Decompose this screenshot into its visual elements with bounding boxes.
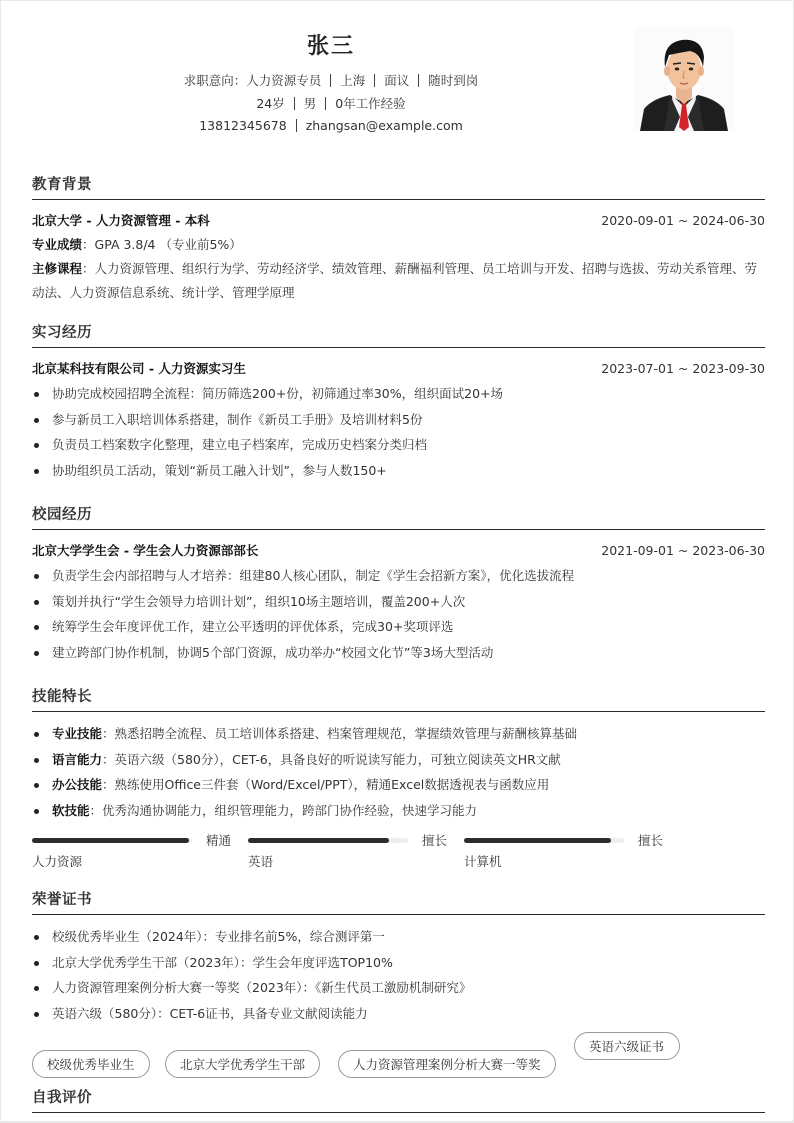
skill-bar-track (464, 838, 624, 843)
skill-bar-track (32, 838, 192, 843)
list-item: 办公技能：熟练使用Office三件套（Word/Excel/PPT），精通Exc… (32, 772, 765, 798)
skill-level: 擅长 (422, 831, 447, 849)
candidate-name: 张三 (1, 29, 661, 60)
education-entry-title: 北京大学 - 人力资源管理 - 本科 (32, 209, 210, 233)
skill-name: 人力资源 (32, 852, 82, 870)
skills-bullets: 专业技能：熟悉招聘全流程、员工培训体系搭建、档案管理规范，掌握绩效管理与薪酬核算… (32, 721, 765, 823)
campus-entry-title: 北京大学学生会 - 学生会人力资源部部长 (32, 539, 258, 563)
list-item: 校级优秀毕业生（2024年）：专业排名前5%，综合测评第一 (32, 924, 765, 950)
gpa-value: ：GPA 3.8/4 （专业前5%） (82, 237, 242, 252)
personal-info-line: 24岁男0年工作经验 (1, 94, 661, 112)
salary: 面议 (384, 73, 409, 88)
gender: 男 (304, 96, 317, 111)
skill-label: 专业技能 (52, 726, 102, 741)
list-item: 专业技能：熟悉招聘全流程、员工培训体系搭建、档案管理规范，掌握绩效管理与薪酬核算… (32, 721, 765, 747)
phone: 13812345678 (199, 118, 286, 133)
internship-entry-header: 北京某科技有限公司 - 人力资源实习生 2023-07-01 ~ 2023-09… (32, 357, 765, 381)
separator (325, 97, 326, 110)
experience: 0年工作经验 (335, 96, 405, 111)
education-date: 2020-09-01 ~ 2024-06-30 (601, 209, 765, 233)
section-title-honors: 荣誉证书 (32, 888, 765, 915)
job-intent: 求职意向：人力资源专员 (184, 73, 322, 88)
honor-tag: 北京大学优秀学生干部 (165, 1050, 320, 1078)
honor-tags: 校级优秀毕业生 北京大学优秀学生干部 人力资源管理案例分析大赛一等奖 英语六级证… (32, 1031, 765, 1081)
skill-bars: 精通 人力资源 擅长 英语 擅长 计算机 (32, 831, 732, 871)
skill-bar-fill (464, 838, 611, 843)
list-item: 协助组织员工活动，策划“新员工融入计划”，参与人数150+ (32, 458, 765, 484)
skill-label: 语言能力 (52, 752, 102, 767)
internship-date: 2023-07-01 ~ 2023-09-30 (601, 357, 765, 381)
availability: 随时到岗 (428, 73, 478, 88)
section-title-internship: 实习经历 (32, 321, 765, 348)
list-item: 负责员工档案数字化整理，建立电子档案库，完成历史档案分类归档 (32, 432, 765, 458)
skill-text: ：熟悉招聘全流程、员工培训体系搭建、档案管理规范，掌握绩效管理与薪酬核算基础 (102, 726, 577, 741)
courses-label: 主修课程 (32, 261, 82, 276)
campus-entry-header: 北京大学学生会 - 学生会人力资源部部长 2021-09-01 ~ 2023-0… (32, 539, 765, 563)
contact-line: 13812345678zhangsan@example.com (1, 118, 661, 133)
honor-tag: 校级优秀毕业生 (32, 1050, 150, 1078)
section-title-self-eval: 自我评价 (32, 1086, 765, 1113)
skill-bar-track (248, 838, 408, 843)
section-title-campus: 校园经历 (32, 503, 765, 530)
honor-tag: 英语六级证书 (574, 1032, 680, 1060)
location: 上海 (340, 73, 365, 88)
skill-level: 精通 (206, 831, 231, 849)
honor-tag: 人力资源管理案例分析大赛一等奖 (338, 1050, 556, 1078)
campus-date: 2021-09-01 ~ 2023-06-30 (601, 539, 765, 563)
section-title-skills: 技能特长 (32, 685, 765, 712)
section-title-education: 教育背景 (32, 173, 765, 200)
gpa-label: 专业成绩 (32, 237, 82, 252)
list-item: 统筹学生会年度评优工作，建立公平透明的评优体系，完成30+奖项评选 (32, 614, 765, 640)
avatar (634, 27, 734, 131)
list-item: 负责学生会内部招聘与人才培养：组建80人核心团队，制定《学生会招新方案》，优化选… (32, 563, 765, 589)
gpa-line: 专业成绩：GPA 3.8/4 （专业前5%） (32, 233, 765, 257)
courses-line: 主修课程：人力资源管理、组织行为学、劳动经济学、绩效管理、薪酬福利管理、员工培训… (32, 257, 765, 305)
skill-text: ：英语六级（580分），CET-6，具备良好的听说读写能力，可独立阅读英文HR文… (102, 752, 561, 767)
skill-bar-fill (248, 838, 389, 843)
separator (296, 119, 297, 132)
list-item: 语言能力：英语六级（580分），CET-6，具备良好的听说读写能力，可独立阅读英… (32, 747, 765, 773)
separator (418, 74, 419, 87)
job-intent-line: 求职意向：人力资源专员上海面议随时到岗 (1, 71, 661, 89)
self-eval-section: 自我评价 (32, 1086, 765, 1121)
internship-bullets: 协助完成校园招聘全流程：简历筛选200+份，初筛通过率30%，组织面试20+场 … (32, 381, 765, 483)
campus-bullets: 负责学生会内部招聘与人才培养：组建80人核心团队，制定《学生会招新方案》，优化选… (32, 563, 765, 665)
separator (294, 97, 295, 110)
avatar-portrait-icon (634, 27, 734, 131)
list-item: 英语六级（580分）：CET-6证书，具备专业文献阅读能力 (32, 1001, 765, 1027)
honors-section: 荣誉证书 校级优秀毕业生（2024年）：专业排名前5%，综合测评第一 北京大学优… (32, 888, 765, 1026)
education-section: 教育背景 北京大学 - 人力资源管理 - 本科 2020-09-01 ~ 202… (32, 173, 765, 305)
honors-bullets: 校级优秀毕业生（2024年）：专业排名前5%，综合测评第一 北京大学优秀学生干部… (32, 924, 765, 1026)
list-item: 北京大学优秀学生干部（2023年）：学生会年度评选TOP10% (32, 950, 765, 976)
list-item: 人力资源管理案例分析大赛一等奖（2023年）：《新生代员工激励机制研究》 (32, 975, 765, 1001)
campus-section: 校园经历 北京大学学生会 - 学生会人力资源部部长 2021-09-01 ~ 2… (32, 503, 765, 665)
separator (374, 74, 375, 87)
list-item: 策划并执行“学生会领导力培训计划”，组织10场主题培训，覆盖200+人次 (32, 589, 765, 615)
list-item: 建立跨部门协作机制，协调5个部门资源，成功举办“校园文化节”等3场大型活动 (32, 640, 765, 666)
skill-level: 擅长 (638, 831, 663, 849)
list-item: 协助完成校园招聘全流程：简历筛选200+份，初筛通过率30%，组织面试20+场 (32, 381, 765, 407)
skill-name: 计算机 (464, 852, 502, 870)
separator (330, 74, 331, 87)
internship-entry-title: 北京某科技有限公司 - 人力资源实习生 (32, 357, 246, 381)
internship-section: 实习经历 北京某科技有限公司 - 人力资源实习生 2023-07-01 ~ 20… (32, 321, 765, 483)
skill-name: 英语 (248, 852, 273, 870)
skill-text: ：优秀沟通协调能力，组织管理能力，跨部门协作经验，快速学习能力 (90, 803, 478, 818)
list-item: 软技能：优秀沟通协调能力，组织管理能力，跨部门协作经验，快速学习能力 (32, 798, 765, 824)
resume-page: 张三 求职意向：人力资源专员上海面议随时到岗 24岁男0年工作经验 138123… (1, 1, 793, 1121)
email: zhangsan@example.com (306, 118, 463, 133)
age: 24岁 (256, 96, 284, 111)
skill-label: 软技能 (52, 803, 90, 818)
education-entry-header: 北京大学 - 人力资源管理 - 本科 2020-09-01 ~ 2024-06-… (32, 209, 765, 233)
resume-header: 张三 求职意向：人力资源专员上海面议随时到岗 24岁男0年工作经验 138123… (1, 1, 793, 141)
skill-bar-fill (32, 838, 189, 843)
list-item: 参与新员工入职培训体系搭建，制作《新员工手册》及培训材料5份 (32, 407, 765, 433)
skills-section: 技能特长 专业技能：熟悉招聘全流程、员工培训体系搭建、档案管理规范，掌握绩效管理… (32, 685, 765, 823)
skill-label: 办公技能 (52, 777, 102, 792)
courses-value: ：人力资源管理、组织行为学、劳动经济学、绩效管理、薪酬福利管理、员工培训与开发、… (32, 261, 757, 300)
skill-text: ：熟练使用Office三件套（Word/Excel/PPT），精通Excel数据… (102, 777, 549, 792)
